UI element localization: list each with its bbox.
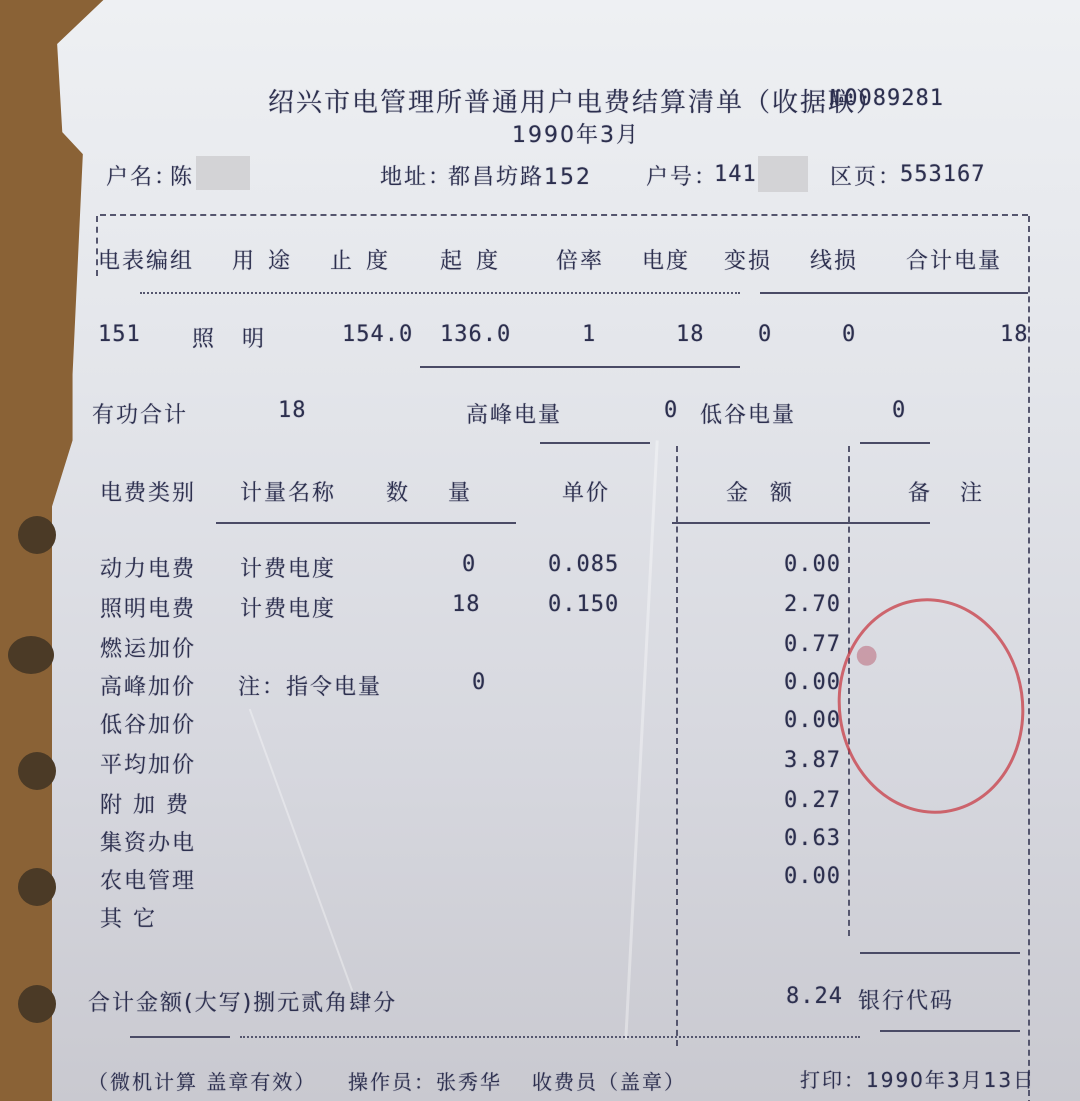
meter-cell-kwh: 18 bbox=[676, 322, 705, 347]
fee-category: 动力电费 bbox=[100, 552, 196, 583]
address-value: 都昌坊路152 bbox=[448, 160, 592, 191]
valley-label: 低谷电量 bbox=[700, 398, 796, 429]
zone-value: 553167 bbox=[900, 162, 985, 187]
footer-operator: 操作员：张秀华 bbox=[348, 1066, 502, 1095]
divider bbox=[130, 1036, 230, 1038]
divider bbox=[860, 442, 930, 444]
footer-print-date: 打印：1990年3月13日 bbox=[800, 1064, 1035, 1093]
fee-name: 注：指令电量 bbox=[238, 670, 382, 701]
redacted-name bbox=[196, 156, 250, 190]
fee-category: 燃运加价 bbox=[100, 632, 196, 663]
fee-category: 照明电费 bbox=[100, 592, 196, 623]
fee-header-name: 计量名称 bbox=[240, 476, 336, 507]
active-total-label: 有功合计 bbox=[92, 398, 188, 429]
meter-header-line-loss: 线损 bbox=[810, 244, 858, 275]
divider bbox=[672, 522, 930, 524]
binder-hole bbox=[8, 636, 54, 674]
redacted-account bbox=[758, 156, 808, 192]
binder-hole bbox=[18, 752, 56, 790]
billing-period: 1990年3月 bbox=[512, 118, 640, 149]
fee-header-category: 电费类别 bbox=[100, 476, 196, 507]
fee-amount: 0.00 bbox=[784, 864, 841, 889]
document-title: 绍兴市电管理所普通用户电费结算清单（收据联） bbox=[268, 82, 884, 119]
fee-category: 集资办电 bbox=[100, 826, 196, 857]
active-total-value: 18 bbox=[278, 398, 307, 423]
binder-hole bbox=[18, 516, 56, 554]
meter-cell-line-loss: 0 bbox=[842, 322, 856, 347]
meter-cell-start: 136.0 bbox=[440, 322, 511, 347]
divider bbox=[100, 214, 1028, 216]
fee-header-qty: 数量 bbox=[386, 476, 510, 507]
fee-header-remark: 备注 bbox=[908, 476, 1012, 507]
meter-cell-group: 151 bbox=[98, 322, 141, 347]
fee-header-amount: 金额 bbox=[726, 476, 814, 507]
border-right bbox=[1028, 216, 1030, 1101]
peak-label: 高峰电量 bbox=[466, 398, 562, 429]
fee-category: 平均加价 bbox=[100, 748, 196, 779]
meter-header-end: 止度 bbox=[330, 244, 402, 275]
stamp-glyph: ● bbox=[853, 638, 880, 671]
fee-amount: 2.70 bbox=[784, 592, 841, 617]
meter-header-transformer-loss: 变损 bbox=[724, 244, 772, 275]
zone-label: 区页： bbox=[830, 160, 902, 191]
fee-category: 其 它 bbox=[100, 902, 157, 933]
account-label: 户号： bbox=[646, 160, 718, 191]
fee-amount: 0.77 bbox=[784, 632, 841, 657]
fee-amount: 0.00 bbox=[784, 708, 841, 733]
divider bbox=[216, 522, 516, 524]
meter-header-total: 合计电量 bbox=[906, 244, 1002, 275]
fee-amount: 3.87 bbox=[784, 748, 841, 773]
binder-hole bbox=[18, 985, 56, 1023]
peak-value: 0 bbox=[664, 398, 678, 423]
fee-category: 低谷加价 bbox=[100, 708, 196, 739]
fee-price: 0.085 bbox=[548, 552, 619, 577]
address-label: 地址： bbox=[380, 160, 452, 191]
fee-amount: 0.00 bbox=[784, 552, 841, 577]
column-divider bbox=[676, 446, 678, 1046]
fee-name: 计费电度 bbox=[240, 592, 336, 623]
meter-header-use: 用途 bbox=[232, 244, 304, 275]
footer-note: （微机计算 盖章有效） bbox=[88, 1066, 316, 1095]
meter-cell-total: 18 bbox=[1000, 322, 1029, 347]
divider bbox=[760, 292, 1028, 294]
meter-header-ratio: 倍率 bbox=[556, 244, 604, 275]
valley-value: 0 bbox=[892, 398, 906, 423]
meter-header-start: 起度 bbox=[440, 244, 512, 275]
fee-category: 高峰加价 bbox=[100, 670, 196, 701]
total-amount: 8.24 bbox=[786, 984, 843, 1009]
meter-header-kwh: 电度 bbox=[642, 244, 690, 275]
divider bbox=[860, 952, 1020, 954]
divider bbox=[880, 1030, 1020, 1032]
fee-name: 计费电度 bbox=[240, 552, 336, 583]
fee-header-price: 单价 bbox=[562, 476, 610, 507]
customer-name-value: 陈 bbox=[170, 160, 194, 191]
serial-number: №0089281 bbox=[830, 86, 944, 111]
binder-hole bbox=[18, 868, 56, 906]
meter-header-group: 电表编组 bbox=[98, 244, 194, 275]
meter-cell-use: 照明 bbox=[192, 322, 292, 353]
fee-category: 附 加 费 bbox=[100, 788, 190, 819]
divider bbox=[240, 1036, 860, 1038]
fee-amount: 0.00 bbox=[784, 670, 841, 695]
fee-qty: 0 bbox=[472, 670, 486, 695]
footer-collector: 收费员（盖章） bbox=[532, 1066, 686, 1095]
meter-cell-transformer-loss: 0 bbox=[758, 322, 772, 347]
account-value: 141 bbox=[714, 162, 757, 187]
bank-code-label: 银行代码 bbox=[858, 984, 954, 1015]
fee-category: 农电管理 bbox=[100, 864, 196, 895]
total-amount-words: 合计金额(大写)捌元贰角肆分 bbox=[88, 986, 397, 1017]
fee-qty: 0 bbox=[462, 552, 476, 577]
fee-qty: 18 bbox=[452, 592, 481, 617]
divider bbox=[540, 442, 650, 444]
fee-amount: 0.27 bbox=[784, 788, 841, 813]
divider bbox=[420, 366, 740, 368]
meter-cell-end: 154.0 bbox=[342, 322, 413, 347]
divider bbox=[140, 292, 740, 294]
fee-price: 0.150 bbox=[548, 592, 619, 617]
fee-amount: 0.63 bbox=[784, 826, 841, 851]
meter-cell-ratio: 1 bbox=[582, 322, 596, 347]
customer-name-label: 户名： bbox=[106, 160, 178, 191]
